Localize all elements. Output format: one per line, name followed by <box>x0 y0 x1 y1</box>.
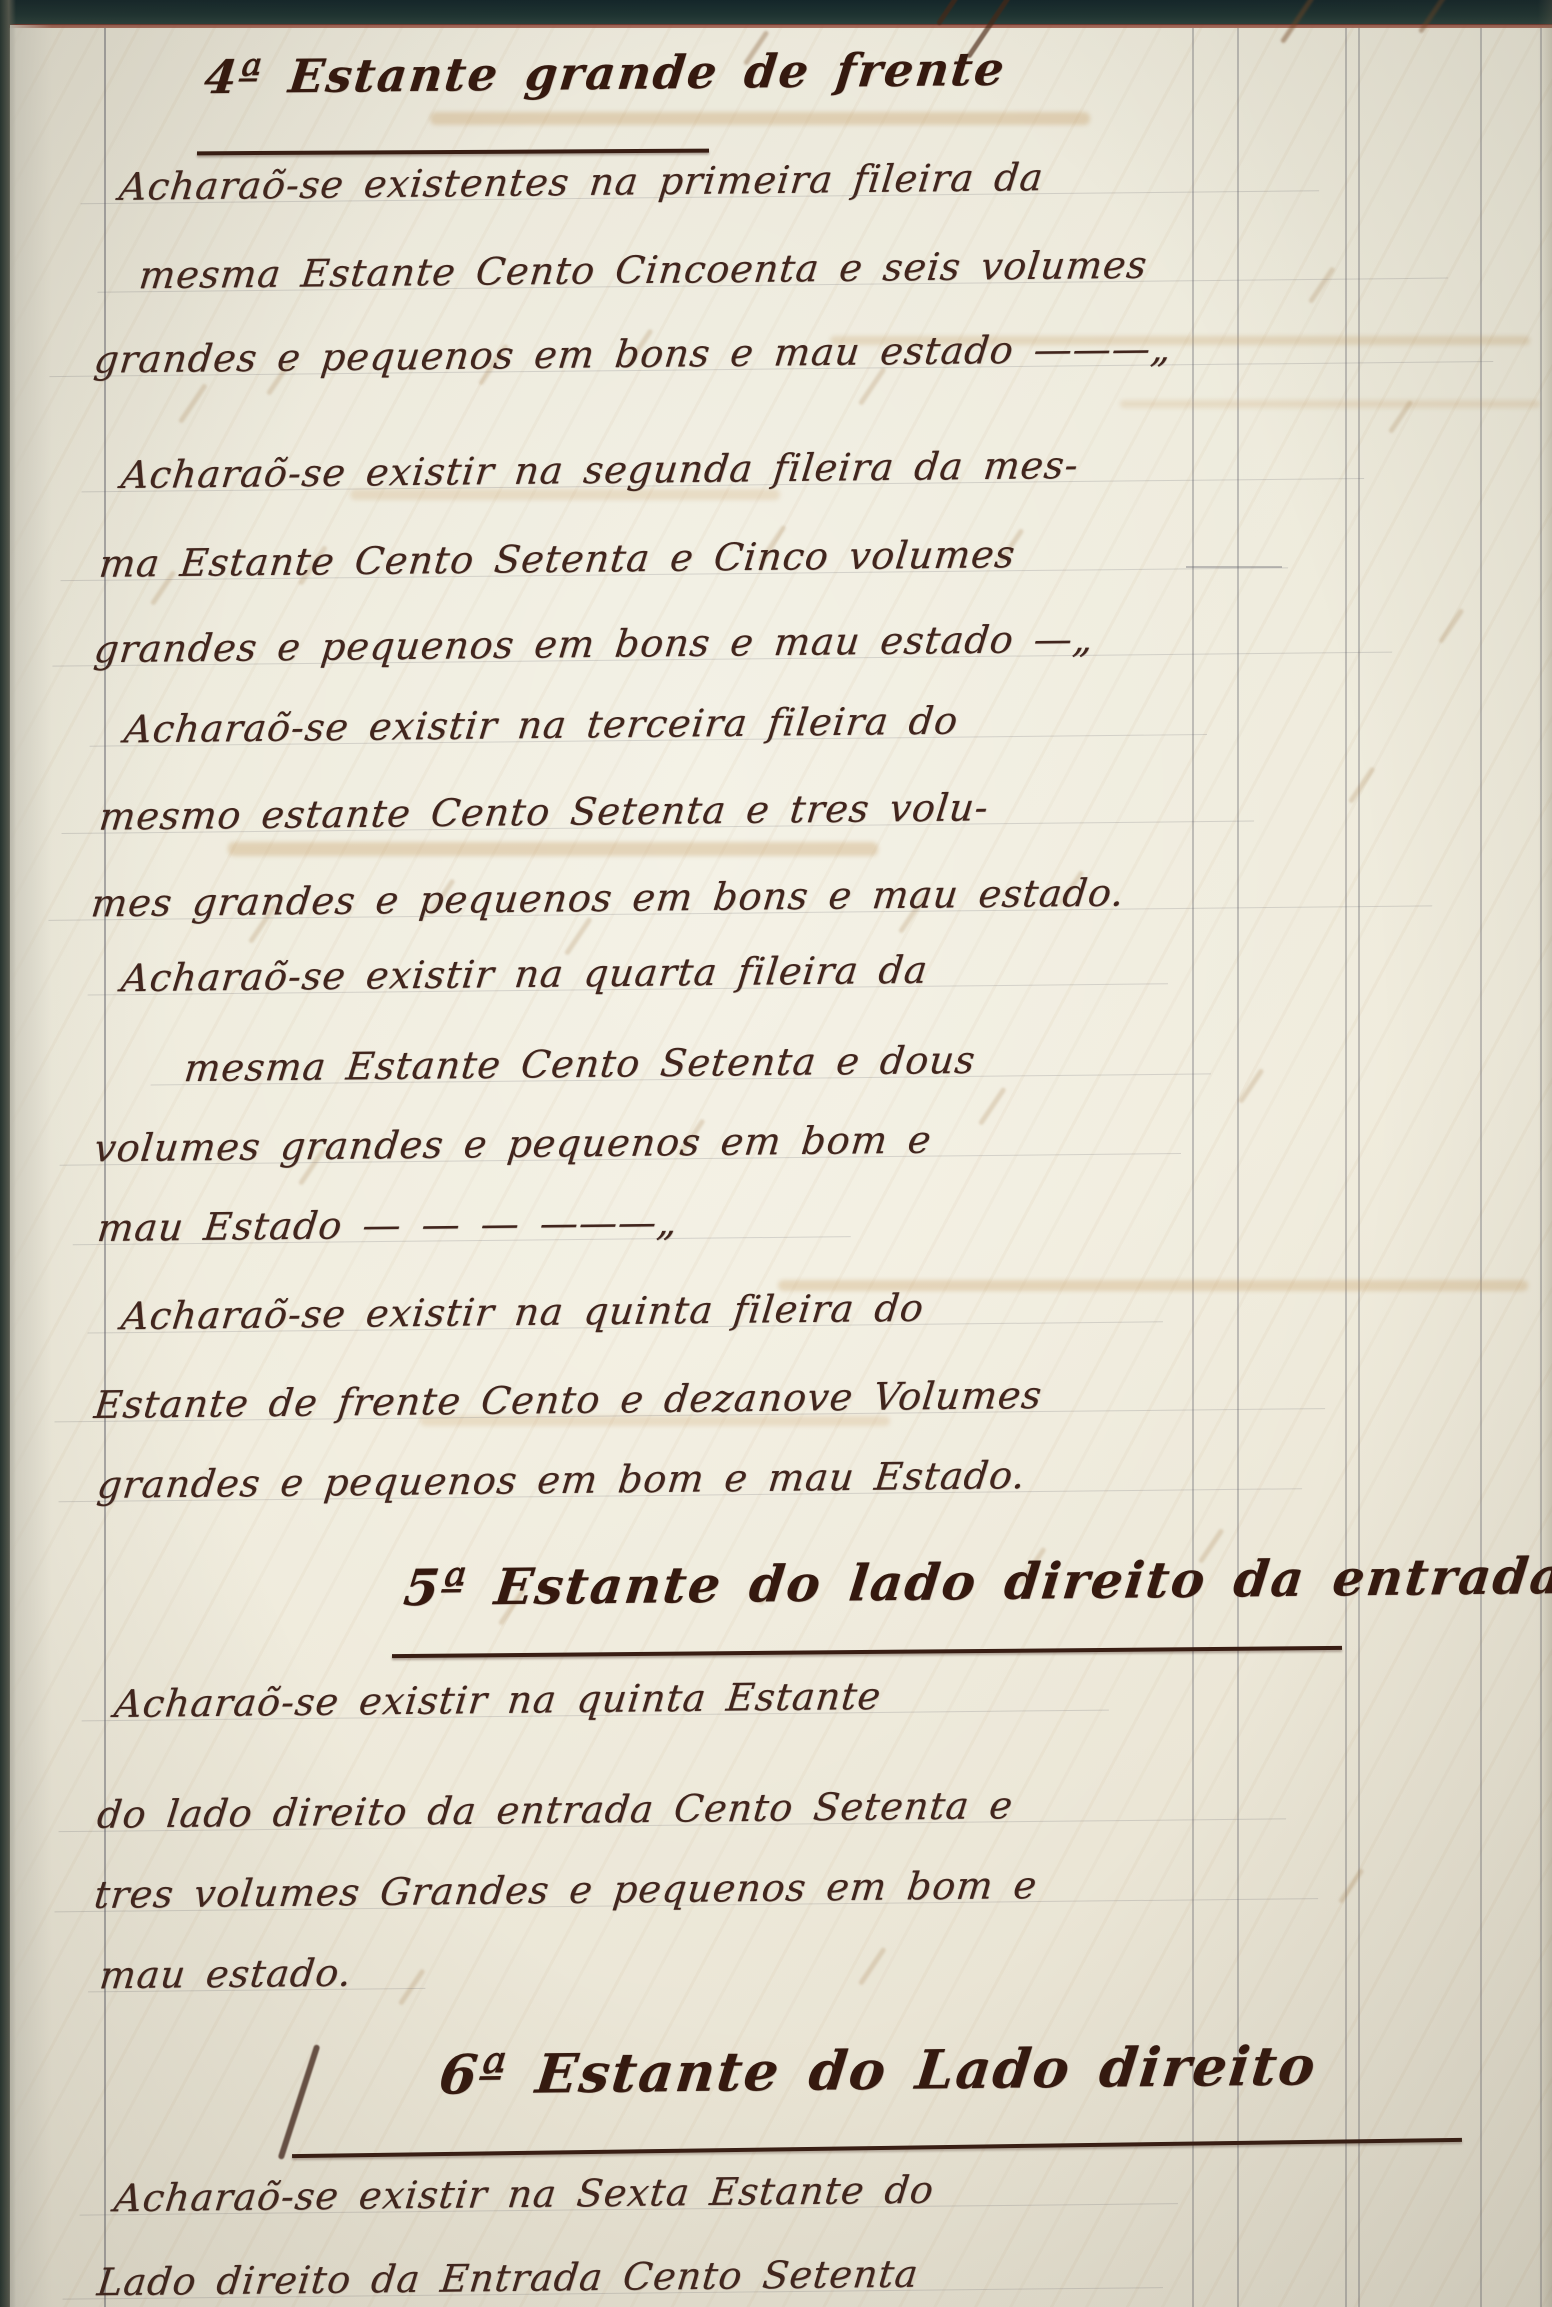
section-heading: 6ª Estante do Lado direito <box>436 2033 1320 2106</box>
bleed-through-mark <box>1438 608 1465 644</box>
manuscript-line: Acharaõ-se existir na segunda fileira da… <box>119 443 1081 497</box>
manuscript-line: Estante de frente Cento e dezanove Volum… <box>92 1373 1045 1427</box>
bleed-through-mark <box>178 383 208 424</box>
column-rule-line <box>1358 28 1360 2307</box>
manuscript-line: grandes e pequenos em bons e mau estado … <box>92 617 1096 671</box>
manuscript-line: mes grandes e pequenos em bons e mau est… <box>89 871 1127 926</box>
manuscript-line: ma Estante Cento Setenta e Cinco volumes <box>97 532 1018 586</box>
bleed-through-mark <box>564 917 593 956</box>
manuscript-line: mesma Estante Cento Cincoenta e seis vol… <box>137 243 1150 298</box>
manuscript-line: volumes grandes e pequenos em bom e <box>92 1118 934 1171</box>
manuscript-line: mau Estado — — — ———„ <box>95 1200 680 1250</box>
manuscript-line: Acharaõ-se existir na quinta Estante <box>112 1674 884 1726</box>
manuscript-line: grandes e pequenos em bons e mau estado … <box>92 326 1174 381</box>
column-rule-line <box>1540 28 1542 2307</box>
manuscript-line: Lado direito da Entrada Cento Setenta <box>95 2252 921 2305</box>
column-rule-line <box>1480 28 1482 2307</box>
heading-underline <box>392 1646 1342 1658</box>
manuscript-line: Acharaõ-se existentes na primeira fileir… <box>117 155 1046 209</box>
bleed-through-mark <box>978 1087 1007 1126</box>
section-heading: 4ª Estante grande de frente <box>201 42 1008 104</box>
book-cover-red-edge <box>0 24 1552 28</box>
manuscript-line: tres volumes Grandes e pequenos em bom e <box>92 1863 1040 1917</box>
manuscript-line: Acharaõ-se existir na quinta fileira do <box>119 1286 926 1338</box>
manuscript-line: mesmo estante Cento Setenta e tres volu- <box>97 785 991 838</box>
column-rule-line <box>1237 28 1239 2307</box>
column-rule-line <box>1192 28 1194 2307</box>
bleed-through-mark <box>1338 1868 1365 1904</box>
book-binding-edge <box>0 0 1552 25</box>
pen-flourish <box>278 2044 321 2160</box>
section-heading: 5ª Estante do lado direito da entrada. <box>401 1546 1552 1617</box>
heading-underline <box>292 2138 1462 2158</box>
bleed-through-mark <box>1348 766 1376 804</box>
column-rule-line <box>1345 28 1347 2307</box>
heading-underline <box>197 149 709 156</box>
ink-smudge <box>430 112 1090 125</box>
bleed-through-mark <box>1238 1068 1265 1104</box>
manuscript-line: do lado direito da entrada Cento Setenta… <box>95 1783 1016 1837</box>
ink-smudge <box>228 842 878 856</box>
manuscript-line: Acharaõ-se existir na quarta fileira da <box>119 948 930 1000</box>
bleed-through-mark <box>858 1947 887 1986</box>
manuscript-line: Acharaõ-se existir na terceira fileira d… <box>122 699 961 752</box>
manuscript-line: mau estado. <box>97 1951 354 1998</box>
bleed-through-mark <box>1308 266 1336 304</box>
ink-smudge <box>1120 400 1540 408</box>
manuscript-line: Acharaõ-se existir na Sexta Estante do <box>112 2168 936 2221</box>
manuscript-line: grandes e pequenos em bom e mau Estado. <box>95 1453 1028 1507</box>
page-left-curl <box>10 25 52 2307</box>
manuscript-page-photo: 4ª Estante grande de frente Acharaõ-se e… <box>0 0 1552 2307</box>
manuscript-line: mesma Estante Cento Setenta e dous <box>182 1038 978 1090</box>
